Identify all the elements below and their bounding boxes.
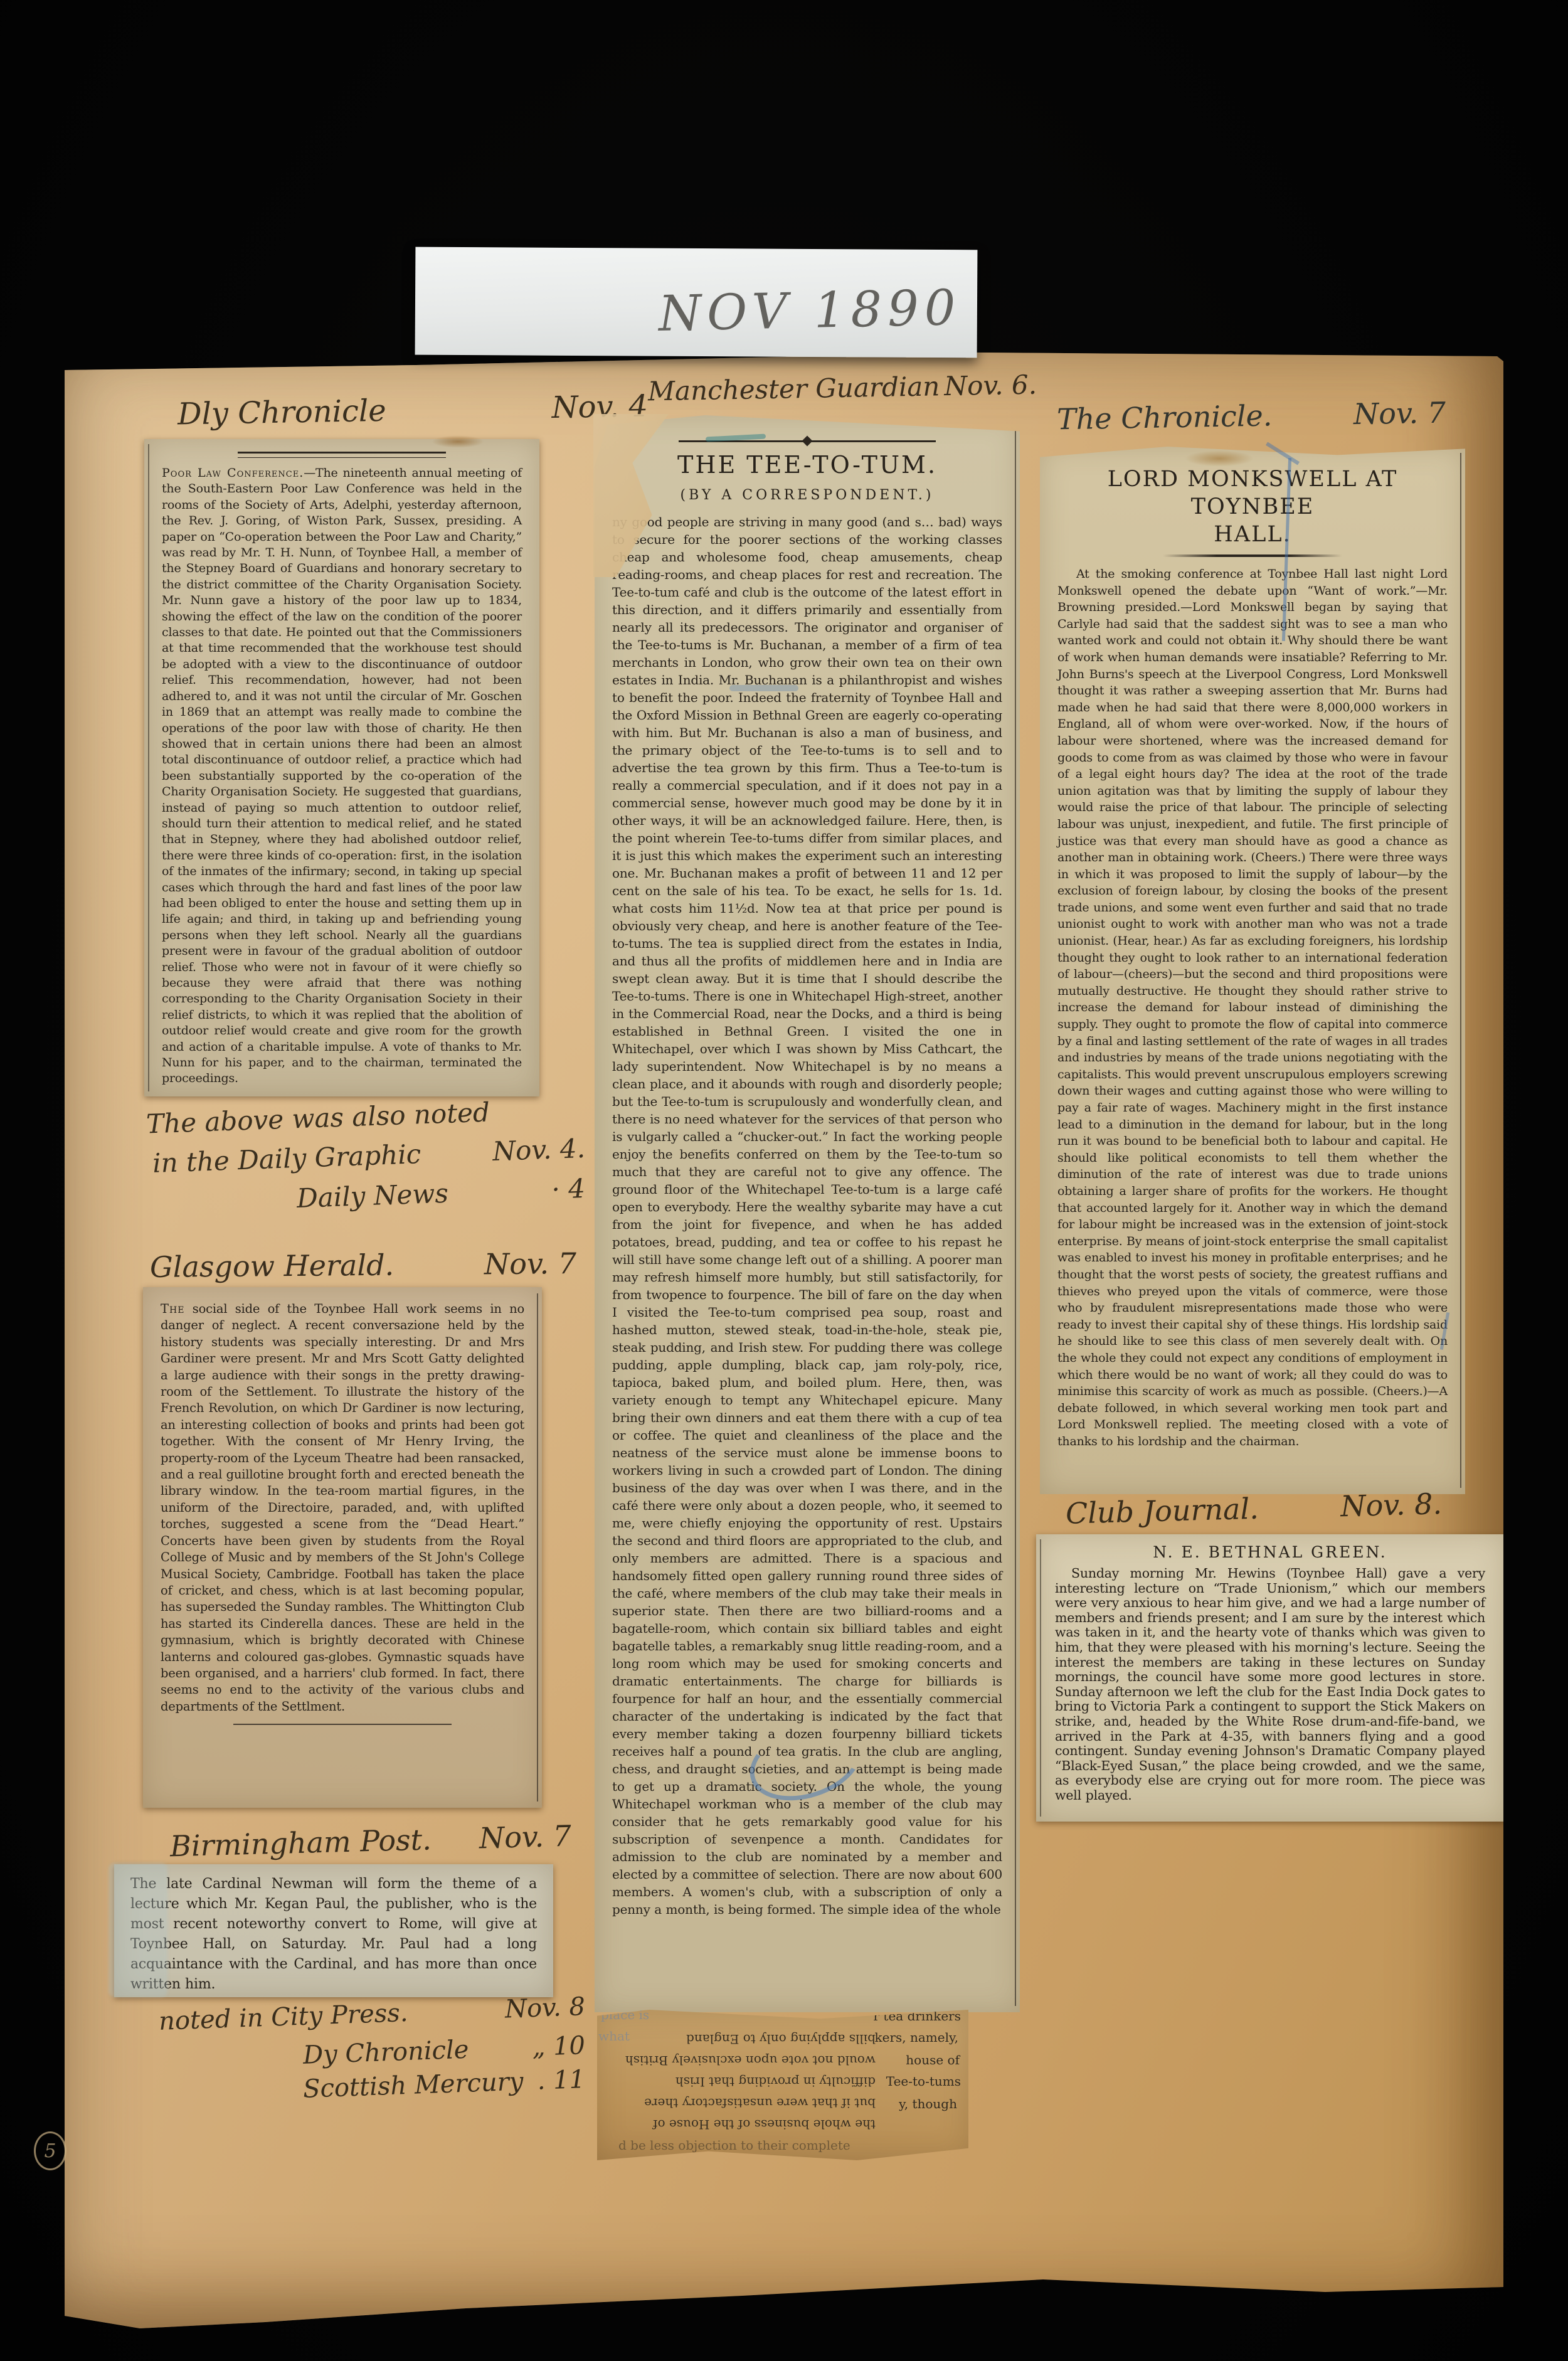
note-above-line2-date: Nov. 4.: [492, 1133, 585, 1167]
caption-birmingham-post: Birmingham Post. Nov. 7: [169, 1819, 571, 1864]
clipping-tee-to-tum: THE TEE-TO-TUM. (BY A CORRESPONDENT.) ny…: [595, 415, 1020, 2012]
fragment-upright-6: d be less objection to their complete: [618, 2138, 850, 2153]
caption-the-chronicle-text: The Chronicle.: [1057, 398, 1273, 436]
glasgow-bottom-rule: [233, 1724, 452, 1725]
clipping-birmingham-post: The late Cardinal Newman will form the t…: [114, 1864, 553, 1997]
caption-glasgow-herald: Glasgow Herald. Nov. 7: [150, 1246, 576, 1284]
fragment-upright-2: kers, namely,: [875, 2030, 959, 2045]
fragment-rot-line5: bills applying only to England: [606, 2029, 876, 2050]
caption-the-chronicle-date: Nov. 7: [1353, 396, 1446, 432]
teetotum-title: THE TEE-TO-TUM.: [612, 451, 1002, 479]
note-above-line3-text: Daily News: [296, 1178, 448, 1214]
poor-law-top-rule: [238, 452, 447, 458]
note-noted-line1: noted in City Press. Nov. 8: [158, 1992, 585, 2036]
caption-glasgow-text: Glasgow Herald.: [150, 1248, 395, 1284]
monkswell-title-line2: HALL.: [1057, 521, 1448, 548]
fragment-rot-line3: difficulty in providing that Irish: [606, 2071, 876, 2093]
bethnal-body: Sunday morning Mr. Hewins (Toynbee Hall)…: [1055, 1566, 1485, 1803]
page-number-text: 5: [44, 2140, 56, 2162]
clipping-folded-fragment: the whole business of the House of but i…: [597, 2010, 968, 2160]
note-above-line3: Daily News · 4: [296, 1173, 585, 1214]
poor-law-body: —The nineteenth annual meeting of the So…: [162, 466, 522, 1085]
clipping-bethnal-green: N. E. BETHNAL GREEN. Sunday morning Mr. …: [1036, 1534, 1504, 1822]
fragment-rot-line1: the whole business of the House of: [606, 2114, 876, 2135]
fragment-upright-4: Tee-to-tums: [886, 2074, 961, 2089]
note-noted-line2-date: „ 10: [532, 2031, 586, 2062]
scrapbook-page: Dly Chronicle Nov. 4 Poor Law Conference…: [65, 346, 1503, 2328]
scrapbook-photo: Dly Chronicle Nov. 4 Poor Law Conference…: [0, 0, 1568, 2361]
fragment-faint-2: what: [598, 2029, 630, 2044]
note-noted-line3-text: Scottish Mercury: [302, 2067, 524, 2104]
teetotum-rule-diamond: [802, 436, 813, 447]
date-slip-text: NOV 1890: [658, 280, 961, 342]
caption-manchester-text: Manchester Guardian: [648, 371, 940, 406]
caption-the-chronicle: The Chronicle. Nov. 7: [1057, 396, 1446, 437]
page-number-mark: 5: [34, 2131, 66, 2170]
clipping-glasgow-herald: The social side of the Toynbee Hall work…: [143, 1287, 542, 1808]
monkswell-body: At the smoking conference at Toynbee Hal…: [1057, 566, 1448, 1450]
note-above-line1: The above was also noted: [146, 1096, 490, 1139]
note-noted-line2: Dy Chronicle „ 10: [302, 2031, 585, 2070]
note-noted-line1-date: Nov. 8: [504, 1992, 585, 2024]
note-noted-line1-text: noted in City Press.: [158, 1998, 408, 2036]
note-above-line3-date: · 4: [551, 1173, 586, 1205]
fragment-rot-line2: but if that were unsatisfactory there: [606, 2093, 876, 2114]
fragment-upright-3: house of: [906, 2052, 960, 2067]
caption-birmingham-date: Nov. 7: [479, 1819, 571, 1855]
note-noted-line3: Scottish Mercury . 11: [302, 2065, 585, 2104]
caption-manchester-date: Nov. 6.: [944, 369, 1037, 402]
birmingham-body: The late Cardinal Newman will form the t…: [130, 1874, 537, 1995]
monkswell-title-line1: LORD MONKSWELL AT TOYNBEE: [1057, 465, 1448, 521]
caption-dly-chronicle-text: Dly Chronicle: [177, 393, 387, 432]
caption-club-journal-text: Club Journal.: [1065, 1492, 1259, 1531]
note-noted-line2-text: Dy Chronicle: [302, 2035, 469, 2070]
glasgow-lead: The: [161, 1302, 184, 1316]
monkswell-title-rule: [1163, 554, 1342, 557]
caption-manchester-guardian: Manchester Guardian Nov. 6.: [648, 369, 1037, 407]
note-above-line2-text: in the Daily Graphic: [152, 1138, 421, 1179]
teetotum-byline: (BY A CORRESPONDENT.): [612, 487, 1002, 503]
teetotum-body: ny good people are striving in many good…: [612, 513, 1002, 1918]
caption-birmingham-text: Birmingham Post.: [169, 1822, 432, 1863]
note-above-line2: in the Daily Graphic Nov. 4.: [152, 1133, 585, 1179]
fragment-upright-5: y, though: [899, 2096, 957, 2111]
fragment-rot-line4: would not vote upon exclusively British: [606, 2050, 876, 2071]
glasgow-body: social side of the Toynbee Hall work see…: [161, 1302, 524, 1714]
date-slip: NOV 1890: [415, 247, 978, 358]
caption-glasgow-date: Nov. 7: [484, 1246, 576, 1281]
clipping-lord-monkswell: LORD MONKSWELL AT TOYNBEE HALL. At the s…: [1040, 447, 1465, 1494]
bethnal-title: N. E. BETHNAL GREEN.: [1055, 1543, 1485, 1561]
clipping-poor-law-conference: Poor Law Conference.—The nineteenth annu…: [144, 439, 539, 1096]
caption-dly-chronicle: Dly Chronicle Nov. 4: [177, 388, 649, 432]
fragment-upside-down-text: the whole business of the House of but i…: [606, 2029, 876, 2135]
note-noted-line3-date: . 11: [537, 2065, 586, 2096]
poor-law-lead: Poor Law Conference.: [162, 466, 304, 480]
caption-club-journal-date: Nov. 8.: [1340, 1487, 1443, 1523]
